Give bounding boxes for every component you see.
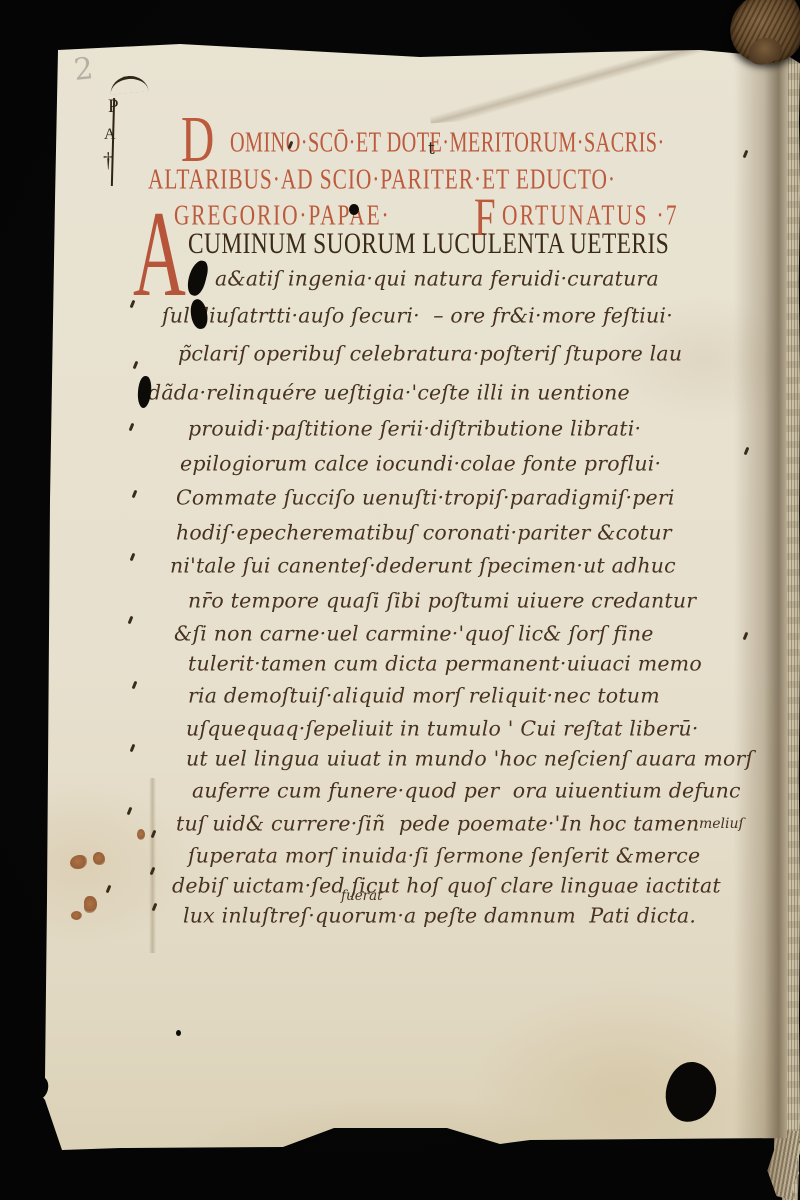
- interlinear-correction-letter: t: [428, 139, 435, 159]
- text-line: prouidi·paſtitione ſerii·diſtributione l…: [188, 416, 641, 440]
- page-fold-shadow: [733, 48, 793, 1148]
- text-line: tulerit·tamen cum dicta permanent·uiuaci…: [188, 651, 702, 675]
- ink-speck: [130, 553, 136, 562]
- rust-stain: [93, 852, 105, 865]
- ink-speck: [129, 423, 135, 432]
- ink-speck: [106, 885, 112, 894]
- text-line: p̃clariſ operibuſ celebratura·poſteriſ ſ…: [178, 341, 682, 365]
- ink-speck: [132, 681, 138, 690]
- text-line: ſul'diuſatrtti·auſo ſecuri· – ore fr&i·m…: [162, 303, 673, 327]
- ink-speck: [132, 490, 138, 499]
- ink-blot: [185, 258, 210, 297]
- margin-monogram-letter: A: [104, 126, 116, 144]
- rust-stain: [84, 896, 97, 913]
- text-line: uſquequaq·ſepeliuit in tumulo ' Cui reſt…: [186, 716, 699, 740]
- rust-stain: [71, 911, 82, 920]
- ink-speck: [128, 616, 134, 625]
- text-line: epilogiorum calce iocundi·colae fonte pr…: [180, 451, 661, 475]
- vertical-crease: [149, 778, 156, 953]
- pen-trial-numeral: 2: [72, 51, 95, 88]
- text-line: nr̄o tempore quaſi ſibi poſtumi uiuere c…: [188, 588, 696, 612]
- ink-blot: [176, 1030, 181, 1036]
- text-line: dãda·relinquére ueſtigia·'ceſte illi in …: [148, 380, 630, 404]
- text-line: debiſ uictam·ſed ſicut hoſ quoſ clare li…: [172, 873, 721, 897]
- diagonal-crease: [426, 31, 760, 124]
- drop-cap-a: A: [133, 193, 186, 316]
- text-line: ria demoſtuiſ·aliquid morſ reliquit·nec …: [188, 683, 660, 707]
- manuscript-photo: D OMINO·SCŌ·ET DOTE·MERITORUM·SACRIS· t …: [0, 0, 800, 1200]
- margin-monogram-letter: †: [103, 148, 114, 173]
- line-end-small-word: meliuſ: [699, 816, 744, 832]
- text-line: ut uel lingua uiuat in mundo 'hoc neſcie…: [186, 746, 753, 770]
- text-line: Commate ſucciſo uenuſti·tropiſ·paradigmi…: [176, 485, 675, 509]
- text-line: hodiſ·epecherematibuſ coronati·pariter &…: [176, 520, 672, 544]
- rust-stain: [137, 829, 145, 840]
- parchment-hole: [663, 1060, 719, 1125]
- text-line: tuſ uid& currere·ſiñ pede poemate·'In ho…: [176, 811, 699, 835]
- text-line: a&atiſ ingenia·qui natura feruidi·curatu…: [215, 266, 659, 290]
- text-line: ſuperata morſ inuida·ſi ſermone ſenſerit…: [188, 843, 700, 867]
- text-line: &ſi non carne·uel carmine·'quoſ lic& ſor…: [174, 621, 654, 645]
- swash-mark: [109, 74, 148, 94]
- ink-speck: [130, 744, 136, 753]
- text-line: ni'tale ſui canenteſ·dederunt ſpecimen·u…: [170, 553, 676, 577]
- incipit-display-line: CUMINUM SUORUM LUCULENTA UETERIS: [188, 227, 669, 261]
- rubric-line-1: OMINO·SCŌ·ET DOTE·MERITORUM·SACRIS·: [230, 127, 665, 159]
- rust-stain: [70, 855, 87, 869]
- text-line: auferre cum funere·quod per ora uiuentiu…: [192, 778, 741, 802]
- interlinear-gloss: fuerat: [341, 888, 383, 904]
- ink-blot: [349, 204, 359, 215]
- ink-speck: [127, 807, 133, 816]
- margin-monogram-letter: P: [108, 96, 119, 118]
- text-line: lux inluſtreſ·quorum·a peſte damnum Pati…: [183, 903, 696, 927]
- parchment-page: D OMINO·SCŌ·ET DOTE·MERITORUM·SACRIS· t …: [0, 0, 800, 1200]
- ink-speck: [133, 361, 139, 370]
- rubric-line-2: ALTARIBUS·AD SCIO·PARITER·ET EDUCTO·: [148, 164, 616, 196]
